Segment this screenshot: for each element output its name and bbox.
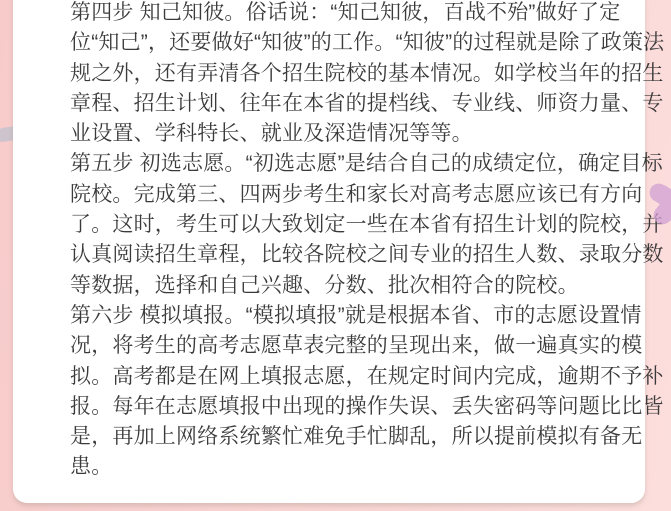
article-line: 第六步 模拟填报。“模拟填报”就是根据本省、市的志愿设置情 bbox=[70, 301, 618, 331]
article-text-block: 第四步 知己知彼。俗话说：“知己知彼，百战不殆”做好了定 位“知己”，还要做好“… bbox=[70, 0, 618, 483]
article-line: 等数据，选择和自己兴趣、分数、批次相符合的院校。 bbox=[70, 271, 618, 301]
article-line: 况，将考生的高考志愿草表完整的呈现出来，做一遍真实的模 bbox=[70, 331, 618, 361]
article-line: 位“知己”，还要做好“知彼”的工作。“知彼”的过程就是除了政策法 bbox=[70, 28, 618, 58]
article-line: 拟。高考都是在网上填报志愿，在规定时间内完成，逾期不予补 bbox=[70, 362, 618, 392]
article-line: 第五步 初选志愿。“初选志愿”是结合自己的成绩定位，确定目标 bbox=[70, 149, 618, 179]
article-page: { "page": { "background_color": "#f8d0cf… bbox=[0, 0, 671, 511]
article-line: 认真阅读招生章程，比较各院校之间专业的招生人数、录取分数 bbox=[70, 240, 618, 270]
article-line: 了。这时，考生可以大致划定一些在本省有招生计划的院校，并 bbox=[70, 210, 618, 240]
heart-icon bbox=[643, 180, 671, 226]
article-line: 是，再加上网络系统繁忙难免手忙脚乱，所以提前模拟有备无 bbox=[70, 422, 618, 452]
article-line: 院校。完成第三、四两步考生和家长对高考志愿应该已有方向 bbox=[70, 180, 618, 210]
article-line: 第四步 知己知彼。俗话说：“知己知彼，百战不殆”做好了定 bbox=[70, 0, 618, 28]
article-line: 业设置、学科特长、就业及深造情况等等。 bbox=[70, 119, 618, 149]
article-line: 报。每年在志愿填报中出现的操作失误、丢失密码等问题比比皆 bbox=[70, 392, 618, 422]
article-line: 患。 bbox=[70, 452, 618, 482]
article-line: 章程、招生计划、往年在本省的提档线、专业线、师资力量、专 bbox=[70, 89, 618, 119]
article-line: 规之外，还有弄清各个招生院校的基本情况。如学校当年的招生 bbox=[70, 59, 618, 89]
